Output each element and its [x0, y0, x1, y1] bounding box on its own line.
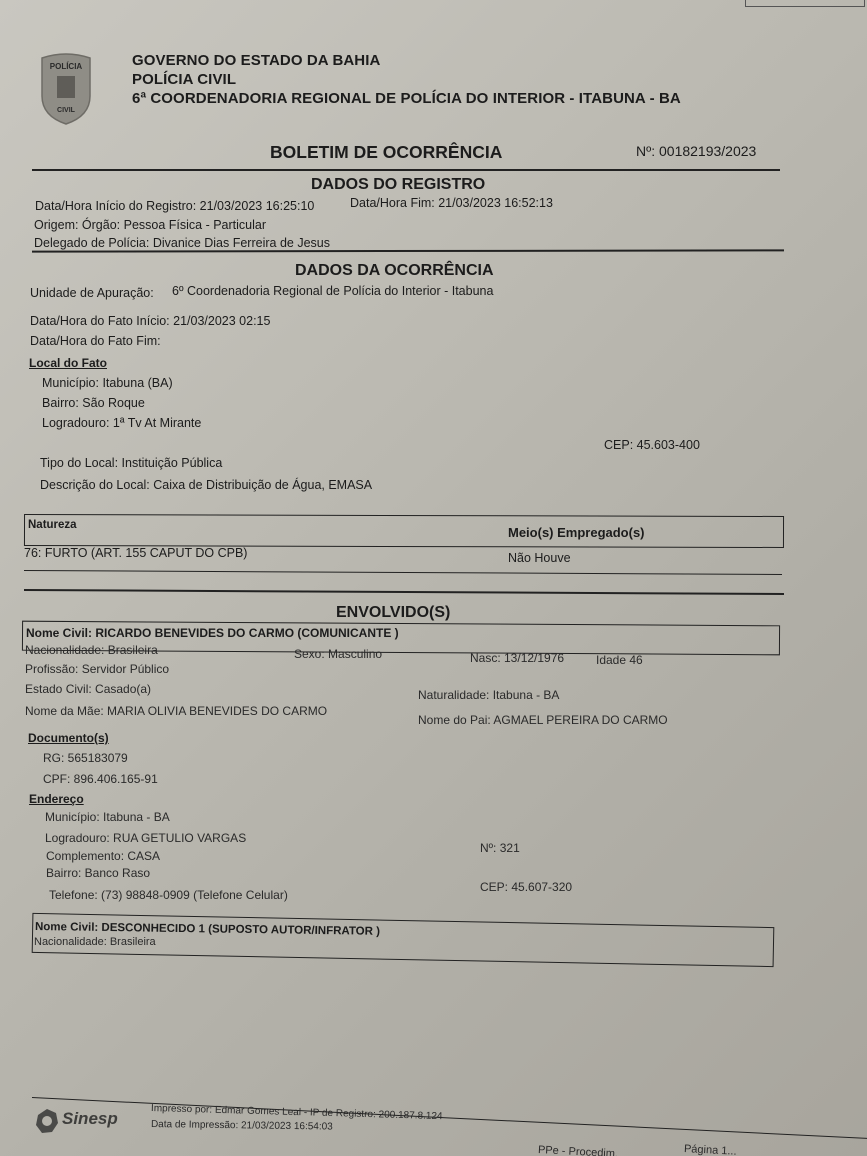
documentos-heading: Documento(s)	[28, 731, 109, 745]
section-envolvidos: ENVOLVIDO(S)	[336, 604, 450, 622]
footer-ppe: PPe - Procedim...	[538, 1144, 625, 1156]
registro-delegado: Delegado de Polícia: Divanice Dias Ferre…	[34, 236, 330, 250]
fato-fim: Data/Hora do Fato Fim:	[30, 334, 161, 348]
person1-telefone: Telefone: (73) 98848-0909 (Telefone Celu…	[49, 888, 288, 902]
local-logradouro: Logradouro: 1ª Tv At Mirante	[42, 416, 201, 430]
person1-cpf: CPF: 896.406.165-91	[43, 772, 158, 786]
person1-idade: Idade 46	[596, 653, 643, 667]
svg-text:POLÍCIA: POLÍCIA	[50, 62, 83, 71]
endereco-heading: Endereço	[29, 792, 84, 806]
registro-fim: Data/Hora Fim: 21/03/2023 16:52:13	[350, 196, 553, 210]
svg-text:CIVIL: CIVIL	[57, 107, 76, 114]
person1-sexo: Sexo: Masculino	[294, 647, 382, 661]
header-agency: POLÍCIA CIVIL	[132, 71, 236, 88]
header-government: GOVERNO DO ESTADO DA BAHIA	[132, 52, 380, 69]
natureza-col-header: Natureza	[28, 519, 77, 531]
person1-rg: RG: 565183079	[43, 751, 128, 765]
divider	[24, 570, 782, 575]
registro-inicio: Data/Hora Início do Registro: 21/03/2023…	[35, 199, 314, 213]
person1-municipio: Município: Itabuna - BA	[45, 810, 170, 824]
person2-nacionalidade: Nacionalidade: Brasileira	[34, 936, 156, 948]
registro-origem: Origem: Órgão: Pessoa Física - Particula…	[34, 218, 266, 232]
person1-nasc: Nasc: 13/12/1976	[470, 651, 564, 665]
sinesp-emblem-icon	[34, 1107, 60, 1135]
person1-cep: CEP: 45.607-320	[480, 880, 572, 894]
document-number: Nº: 00182193/2023	[636, 143, 756, 159]
person1-bairro: Bairro: Banco Raso	[46, 866, 150, 880]
meio-value: Não Houve	[508, 551, 571, 565]
person1-logradouro: Logradouro: RUA GETULIO VARGAS	[45, 831, 246, 845]
person1-naturalidade: Naturalidade: Itabuna - BA	[418, 688, 559, 702]
person1-nacionalidade: Nacionalidade: Brasileira	[25, 643, 158, 657]
divider	[32, 249, 784, 252]
person1-complemento: Complemento: CASA	[46, 849, 160, 863]
person1-pai: Nome do Pai: AGMAEL PEREIRA DO CARMO	[418, 713, 668, 727]
meio-col-header: Meio(s) Empregado(s)	[508, 525, 645, 540]
person1-name: Nome Civil: RICARDO BENEVIDES DO CARMO (…	[26, 626, 399, 640]
person1-estado-civil: Estado Civil: Casado(a)	[25, 682, 151, 696]
local-descricao: Descrição do Local: Caixa de Distribuiçã…	[40, 478, 372, 492]
unidade-value: 6º Coordenadoria Regional de Polícia do …	[172, 284, 493, 298]
document-title: BOLETIM DE OCORRÊNCIA	[270, 142, 502, 163]
footer-data-impressao: Data de Impressão: 21/03/2023 16:54:03	[151, 1119, 333, 1133]
natureza-value: 76: FURTO (ART. 155 CAPUT DO CPB)	[24, 546, 247, 560]
person1-mae: Nome da Mãe: MARIA OLIVIA BENEVIDES DO C…	[25, 704, 327, 718]
section-registro: DADOS DO REGISTRO	[311, 176, 485, 194]
natureza-header-box	[24, 514, 784, 548]
header-coordination: 6ª COORDENADORIA REGIONAL DE POLÍCIA DO …	[132, 90, 681, 107]
person1-profissao: Profissão: Servidor Público	[25, 662, 169, 676]
page-edge-box	[745, 0, 865, 7]
unidade-label: Unidade de Apuração:	[30, 286, 154, 300]
person1-numero: Nº: 321	[480, 841, 520, 855]
footer-pagina: Página 1...	[684, 1143, 737, 1156]
fato-inicio: Data/Hora do Fato Início: 21/03/2023 02:…	[30, 314, 270, 328]
local-tipo: Tipo do Local: Instituição Pública	[40, 456, 222, 470]
divider	[24, 589, 784, 595]
section-ocorrencia: DADOS DA OCORRÊNCIA	[295, 262, 494, 280]
local-municipio: Município: Itabuna (BA)	[42, 376, 173, 390]
local-heading: Local do Fato	[29, 356, 107, 370]
police-badge-icon: POLÍCIA CIVIL	[38, 52, 94, 126]
local-cep: CEP: 45.603-400	[604, 438, 700, 452]
local-bairro: Bairro: São Roque	[42, 396, 145, 410]
divider	[32, 169, 780, 171]
